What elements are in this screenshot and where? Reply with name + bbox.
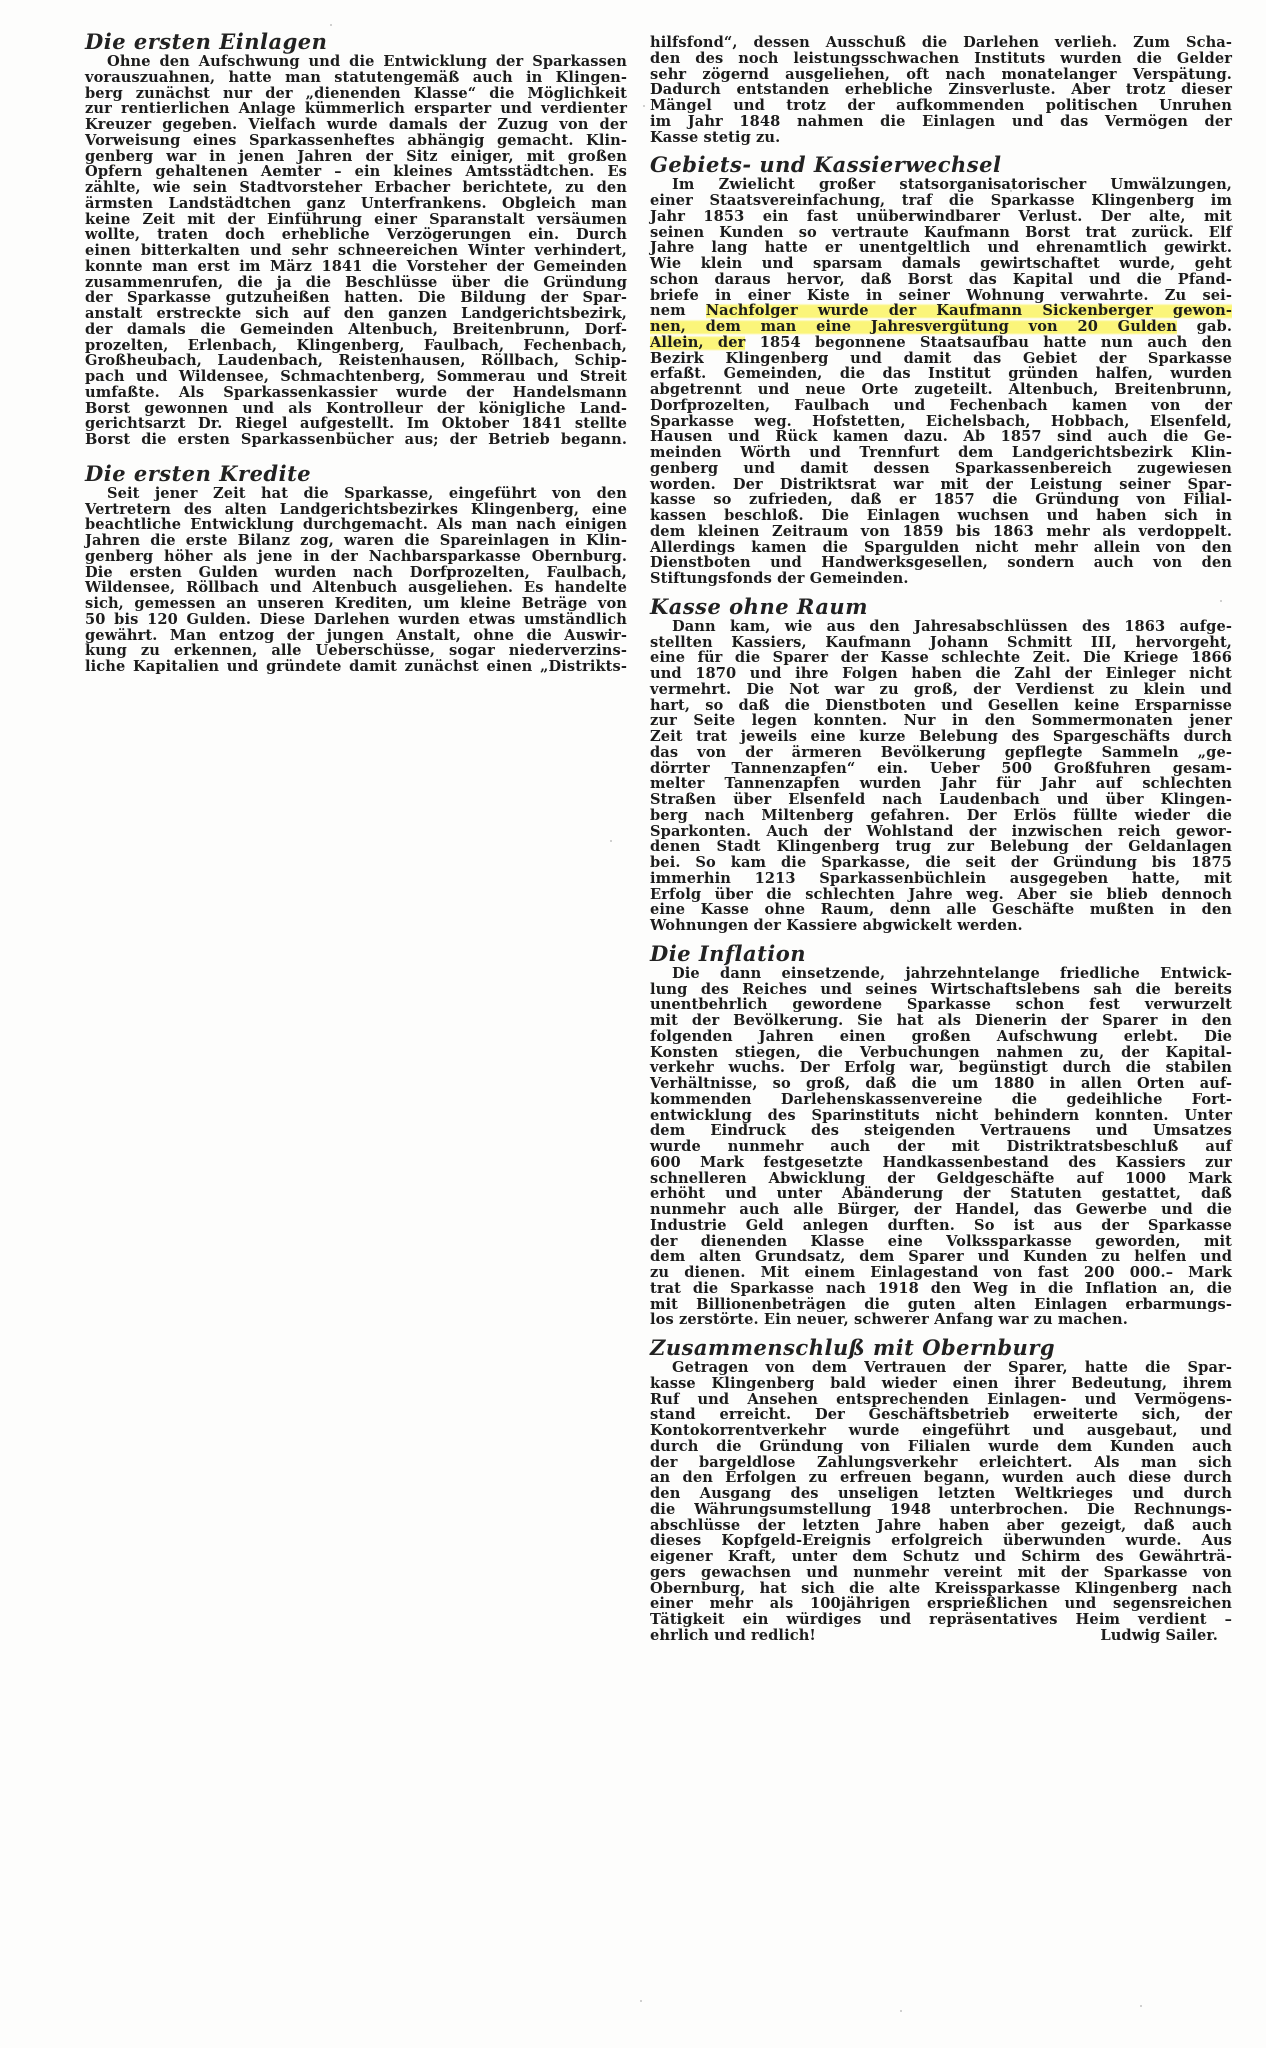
text-line: schon daraus hervor, daß Borst das Kapit…: [650, 272, 1232, 288]
text-line: der dienenden Klasse eine Volkssparkasse…: [650, 1234, 1232, 1250]
section-body-gebiets-und-kassierwechsel: Im Zwielicht großer statsorganisatorisch…: [650, 177, 1232, 587]
text-line: immerhin 1213 Sparkassenbüchlein ausgege…: [650, 871, 1232, 887]
scan-speck: [330, 24, 332, 26]
text-line: Bezirk Klingenberg und damit das Gebiet …: [650, 351, 1232, 367]
text-line: genberg und damit dessen Sparkassenberei…: [650, 461, 1232, 477]
text-line: kassen beschloß. Die Einlagen wuchsen un…: [650, 508, 1232, 524]
text-line: seinen Kunden so vertraute Kaufmann Bors…: [650, 225, 1232, 241]
text-line: 600 Mark festgesetzte Handkassenbestand …: [650, 1155, 1232, 1171]
text-line: Erfolg über die schlechten Jahre weg. Ab…: [650, 887, 1232, 903]
text-line: umfaßte. Als Sparkassenkassier wurde der…: [85, 385, 627, 401]
text-line: den des noch leistungsschwachen Institut…: [650, 51, 1232, 67]
text-line: 50 bis 120 Gulden. Diese Darlehen wurden…: [85, 612, 627, 628]
text-line: abschlüsse der letzten Jahre haben aber …: [650, 1518, 1232, 1534]
text-line: denen Stadt Klingenberg trug zur Belebun…: [650, 839, 1232, 855]
text-line: Im Zwielicht großer statsorganisatorisch…: [650, 177, 1232, 193]
text-line: erhöht und unter Abänderung der Statuten…: [650, 1186, 1232, 1202]
text-line: lung des Reiches und seines Wirtschaftsl…: [650, 982, 1232, 998]
text-line: Mängel und trotz der aufkommenden politi…: [650, 98, 1232, 114]
text-line: dieses Kopfgeld-Ereignis erfolgreich übe…: [650, 1533, 1232, 1549]
yellow-highlight: Nachfolger wurde der Kaufmann Sickenberg…: [706, 302, 1232, 319]
text-line: vorauszuahnen, hatte man statutengemäß a…: [85, 70, 627, 86]
text-line: vermehrt. Die Not war zu groß, der Verdi…: [650, 682, 1232, 698]
section-body-die-inflation: Die dann einsetzende, jahrzehntelange fr…: [650, 966, 1232, 1328]
text-line: Vorweisung eines Sparkassenheftes abhäng…: [85, 133, 627, 149]
section-heading-die-ersten-kredite: Die ersten Kredite: [85, 462, 627, 486]
scan-speck: [610, 840, 612, 842]
text-line: Obernburg, hat sich die alte Kreissparka…: [650, 1581, 1232, 1597]
text-line: Kreuzer gegeben. Vielfach wurde damals d…: [85, 117, 627, 133]
text-line: Ohne den Aufschwung und die Entwicklung …: [85, 54, 627, 70]
text-line: Industrie Geld anlegen durften. So ist a…: [650, 1218, 1232, 1234]
text-line: Dorfprozelten, Faulbach und Fechenbach k…: [650, 398, 1232, 414]
text-line: der damals die Gemeinden Altenbuch, Brei…: [85, 322, 627, 338]
scan-speck: [1140, 2005, 1142, 2007]
section-body-kasse-ohne-raum: Dann kam, wie aus den Jahresabschlüssen …: [650, 619, 1232, 934]
text-line: Ruf und Ansehen entsprechenden Einlagen-…: [650, 1392, 1232, 1408]
text-line: sehr zögernd ausgeliehen, oft nach monat…: [650, 67, 1232, 83]
text-line: abgetrennt und neue Orte zugeteilt. Alte…: [650, 382, 1232, 398]
text-line: Großheubach, Laudenbach, Reistenhausen, …: [85, 353, 627, 369]
text-line: keine Zeit mit der Einführung einer Spar…: [85, 212, 627, 228]
text-line: entwicklung des Sparinstituts nicht behi…: [650, 1108, 1232, 1124]
text-line: nunmehr auch alle Bürger, der Handel, da…: [650, 1202, 1232, 1218]
text-line: mit Billionenbeträgen die guten alten Ei…: [650, 1297, 1232, 1313]
text-line: zu dienen. Mit einem Einlagestand von fa…: [650, 1265, 1232, 1281]
text-line: stand erreicht. Der Geschäftsbetrieb erw…: [650, 1407, 1232, 1423]
text-line: an den Erfolgen zu erfreuen begann, wurd…: [650, 1470, 1232, 1486]
text-line: einen bitterkalten und sehr schneereiche…: [85, 243, 627, 259]
text-line: zur Seite legen konnten. Nur in den Somm…: [650, 713, 1232, 729]
highlighted-line: Allein, der 1854 begonnene Staatsaufbau …: [650, 335, 1232, 351]
text-line: kommenden Darlehenskassenvereine die ged…: [650, 1092, 1232, 1108]
text-line: briefe in einer Kiste in seiner Wohnung …: [650, 288, 1232, 304]
text-line: hilfsfond“, dessen Ausschuß die Darlehen…: [650, 35, 1232, 51]
text-line: liche Kapitalien und gründete damit zunä…: [85, 659, 627, 675]
text-line: Kasse stetig zu.: [650, 130, 1232, 146]
text-line: zusammenrufen, die ja die Beschlüsse übe…: [85, 275, 627, 291]
newspaper-page: Die ersten Einlagen Ohne den Aufschwung …: [0, 0, 1266, 2048]
text-line: konnte man erst im März 1841 die Vorsteh…: [85, 259, 627, 275]
text-line: Zeit trat jeweils eine kurze Belebung de…: [650, 729, 1232, 745]
text-line: erfaßt. Gemeinden, die das Institut grün…: [650, 366, 1232, 382]
section-heading-kasse-ohne-raum: Kasse ohne Raum: [650, 595, 1232, 619]
text-line: Die ersten Gulden wurden nach Dorfprozel…: [85, 565, 627, 581]
author-signature: Ludwig Sailer.: [1100, 1628, 1232, 1644]
text-line: pach und Wildensee, Schmachtenberg, Somm…: [85, 369, 627, 385]
text-fragment: gab.: [1177, 318, 1232, 335]
text-line: kung zu erkennen, alle Ueberschüsse, sog…: [85, 643, 627, 659]
text-line: gewährt. Man entzog der jungen Anstalt, …: [85, 628, 627, 644]
text-line: verkehr wuchs. Der Erfolg war, begünstig…: [650, 1060, 1232, 1076]
text-line: Wildensee, Röllbach und Altenbuch ausgel…: [85, 580, 627, 596]
section-body-zusammenschluss-mit-obernburg: Getragen von dem Vertrauen der Sparer, h…: [650, 1360, 1232, 1644]
closing-line: ehrlich und redlich!: [650, 1628, 816, 1644]
scan-speck: [900, 2010, 902, 2012]
text-line: das von der ärmeren Bevölkerung gepflegt…: [650, 745, 1232, 761]
yellow-highlight: nen, dem man eine Jahresvergütung von 20…: [650, 318, 1177, 335]
scan-speck: [640, 2000, 642, 2002]
text-line: kasse Klingenberg bald wieder einen ihre…: [650, 1376, 1232, 1392]
text-line: Wie klein und sparsam damals gewirtschaf…: [650, 256, 1232, 272]
text-line: Jahren die erste Bilanz zog, waren die S…: [85, 533, 627, 549]
text-line: dörrter Tannenzapfen“ ein. Ueber 500 Gro…: [650, 761, 1232, 777]
text-line: Sparkonten. Auch der Wohlstand der inzwi…: [650, 824, 1232, 840]
text-line: ärmsten Landstädtchen ganz Unterfrankens…: [85, 196, 627, 212]
highlighted-line: nem Nachfolger wurde der Kaufmann Sicken…: [650, 303, 1232, 319]
text-line: gers gewachsen und nunmehr vereint mit d…: [650, 1565, 1232, 1581]
text-line: Die dann einsetzende, jahrzehntelange fr…: [650, 966, 1232, 982]
text-line: Dienstboten und Handwerksgesellen, sonde…: [650, 555, 1232, 571]
text-line: Konsten stiegen, die Verbuchungen nahmen…: [650, 1045, 1232, 1061]
text-line: Verhältnisse, so groß, daß die um 1880 i…: [650, 1076, 1232, 1092]
text-line: Dann kam, wie aus den Jahresabschlüssen …: [650, 619, 1232, 635]
text-line: anstalt erstreckte sich auf den ganzen L…: [85, 306, 627, 322]
text-line: Hausen und Rück kamen dazu. Ab 1857 sind…: [650, 429, 1232, 445]
section-body-die-ersten-einlagen: Ohne den Aufschwung und die Entwicklung …: [85, 54, 627, 448]
scan-speck: [1220, 600, 1222, 602]
right-column: hilfsfond“, dessen Ausschuß die Darlehen…: [650, 35, 1232, 1644]
text-line: einer Staatsvereinfachung, traf die Spar…: [650, 193, 1232, 209]
text-line: Tätigkeit ein würdiges und repräsentativ…: [650, 1612, 1232, 1628]
section-heading-die-ersten-einlagen: Die ersten Einlagen: [85, 30, 627, 54]
text-line: genberg war in jenen Jahren der Sitz ein…: [85, 149, 627, 165]
text-line: sich, gemessen an unseren Krediten, um k…: [85, 596, 627, 612]
text-line: trat die Sparkasse nach 1918 den Weg in …: [650, 1281, 1232, 1297]
left-column: Die ersten Einlagen Ohne den Aufschwung …: [85, 30, 627, 675]
text-line: dem Eindruck des steigenden Vertrauens u…: [650, 1123, 1232, 1139]
text-line: schnelleren Abwicklung der Geldgeschäfte…: [650, 1171, 1232, 1187]
text-line: zur rentierlichen Anlage kümmerlich ersp…: [85, 101, 627, 117]
highlighted-line: nen, dem man eine Jahresvergütung von 20…: [650, 319, 1232, 335]
text-line: die Währungsumstellung 1948 unterbrochen…: [650, 1502, 1232, 1518]
text-line: stellten Kassiers, Kaufmann Johann Schmi…: [650, 635, 1232, 651]
text-line: berg zunächst nur der „dienenden Klasse“…: [85, 86, 627, 102]
scan-speck: [643, 105, 645, 107]
text-fragment: nem: [650, 302, 706, 319]
text-line: einer mehr als 100jährigen ersprießliche…: [650, 1596, 1232, 1612]
yellow-highlight: Allein, der: [650, 334, 745, 351]
text-line: los zerstörte. Ein neuer, schwerer Anfan…: [650, 1312, 1232, 1328]
text-line: Sparkasse weg. Hofstetten, Eichelsbach, …: [650, 414, 1232, 430]
text-line: genberg höher als jene in der Nachbarspa…: [85, 549, 627, 565]
text-line: hart, so daß die Dienstboten und Geselle…: [650, 698, 1232, 714]
text-line: melter Tannenzapfen wurden Jahr für Jahr…: [650, 776, 1232, 792]
text-line: unentbehrlich gewordene Sparkasse schon …: [650, 997, 1232, 1013]
text-line: dem kleinen Zeitraum von 1859 bis 1863 m…: [650, 524, 1232, 540]
text-line: Straßen über Elsenfeld nach Laudenbach u…: [650, 792, 1232, 808]
text-line: Allerdings kamen die Spargulden nicht me…: [650, 540, 1232, 556]
text-line: Stiftungsfonds der Gemeinden.: [650, 571, 1232, 587]
text-line: zählte, wie sein Stadtvorsteher Erbacher…: [85, 180, 627, 196]
scan-speck: [1010, 190, 1012, 192]
text-line: bei. So kam die Sparkasse, die seit der …: [650, 855, 1232, 871]
closing-signature-row: ehrlich und redlich! Ludwig Sailer.: [650, 1628, 1232, 1644]
scan-speck: [612, 360, 614, 362]
text-line: berg nach Miltenberg gefahren. Der Erlös…: [650, 808, 1232, 824]
text-line: im Jahr 1848 nahmen die Einlagen und das…: [650, 114, 1232, 130]
text-fragment: 1854 begonnene Staatsaufbau hatte nun au…: [745, 334, 1232, 351]
section-body-die-ersten-kredite: Seit jener Zeit hat die Sparkasse, einge…: [85, 486, 627, 675]
text-line: worden. Der Distriktsrat war mit der Lei…: [650, 477, 1232, 493]
text-line: wollte, traten doch erhebliche Verzögeru…: [85, 227, 627, 243]
text-line: der Sparkasse gutzuheißen hatten. Die Bi…: [85, 290, 627, 306]
text-line: Wohnungen der Kassiere abgwickelt werden…: [650, 918, 1232, 934]
text-line: gerichtsarzt Dr. Riegel aufgestellt. Im …: [85, 416, 627, 432]
text-line: durch die Gründung von Filialen wurde de…: [650, 1439, 1232, 1455]
text-line: eine für die Sparer der Kasse schlechte …: [650, 650, 1232, 666]
text-line: meinden Wörth und Trennfurt dem Landgeri…: [650, 445, 1232, 461]
text-line: mit der Bevölkerung. Sie hat als Dieneri…: [650, 1013, 1232, 1029]
section-heading-die-inflation: Die Inflation: [650, 942, 1232, 966]
text-line: Borst die ersten Sparkassenbücher aus; d…: [85, 432, 627, 448]
text-line: eigener Kraft, unter dem Schutz und Schi…: [650, 1549, 1232, 1565]
text-line: dem alten Grundsatz, dem Sparer und Kund…: [650, 1249, 1232, 1265]
text-line: beachtliche Entwicklung durchgemacht. Al…: [85, 517, 627, 533]
text-line: Dadurch entstanden erhebliche Zinsverlus…: [650, 82, 1232, 98]
text-line: und 1870 und ihre Folgen haben die Zahl …: [650, 666, 1232, 682]
text-line: Borst gewonnen und als Kontrolleur der k…: [85, 401, 627, 417]
section-heading-gebiets-und-kassierwechsel: Gebiets- und Kassierwechsel: [650, 153, 1232, 177]
text-line: der bargeldlose Zahlungsverkehr erleicht…: [650, 1455, 1232, 1471]
section-heading-zusammenschluss-mit-obernburg: Zusammenschluß mit Obernburg: [650, 1336, 1232, 1360]
text-line: wurde nunmehr auch der mit Distriktratsb…: [650, 1139, 1232, 1155]
text-line: prozelten, Erlenbach, Klingenberg, Faulb…: [85, 338, 627, 354]
text-line: folgenden Jahren einen großen Aufschwung…: [650, 1029, 1232, 1045]
text-line: kasse so zufrieden, daß er 1857 die Grün…: [650, 492, 1232, 508]
text-line: Kontokorrentverkehr wurde eingeführt und…: [650, 1423, 1232, 1439]
text-line: Vertretern des alten Landgerichtsbezirke…: [85, 502, 627, 518]
text-line: Getragen von dem Vertrauen der Sparer, h…: [650, 1360, 1232, 1376]
text-line: Seit jener Zeit hat die Sparkasse, einge…: [85, 486, 627, 502]
text-line: Jahr 1853 ein fast unüberwindbarer Verlu…: [650, 209, 1232, 225]
continuation-paragraph: hilfsfond“, dessen Ausschuß die Darlehen…: [650, 35, 1232, 145]
text-line: Opfern gehaltenen Aemter – ein kleines A…: [85, 164, 627, 180]
text-line: den Ausgang des unseligen letzten Weltkr…: [650, 1486, 1232, 1502]
text-line: eine Kasse ohne Raum, denn alle Geschäft…: [650, 902, 1232, 918]
text-line: Jahre lang hatte er unentgeltlich und eh…: [650, 240, 1232, 256]
